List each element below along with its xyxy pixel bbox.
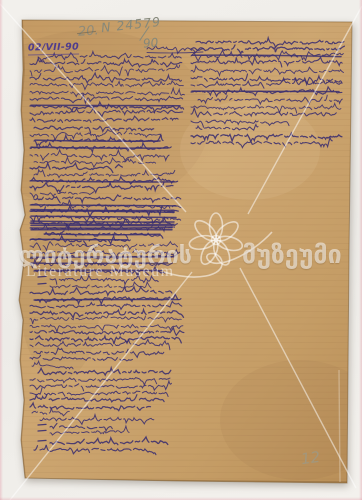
photo-frame: 20. N 24579 90 02/VII-90 12 ლიტერატურის …: [0, 0, 362, 500]
folio-number-pencil: 12: [300, 448, 321, 468]
manuscript-paper: [0, 0, 362, 500]
date-annotation: 02/VII-90: [28, 42, 79, 56]
archive-number-denominator: 90: [142, 35, 158, 50]
